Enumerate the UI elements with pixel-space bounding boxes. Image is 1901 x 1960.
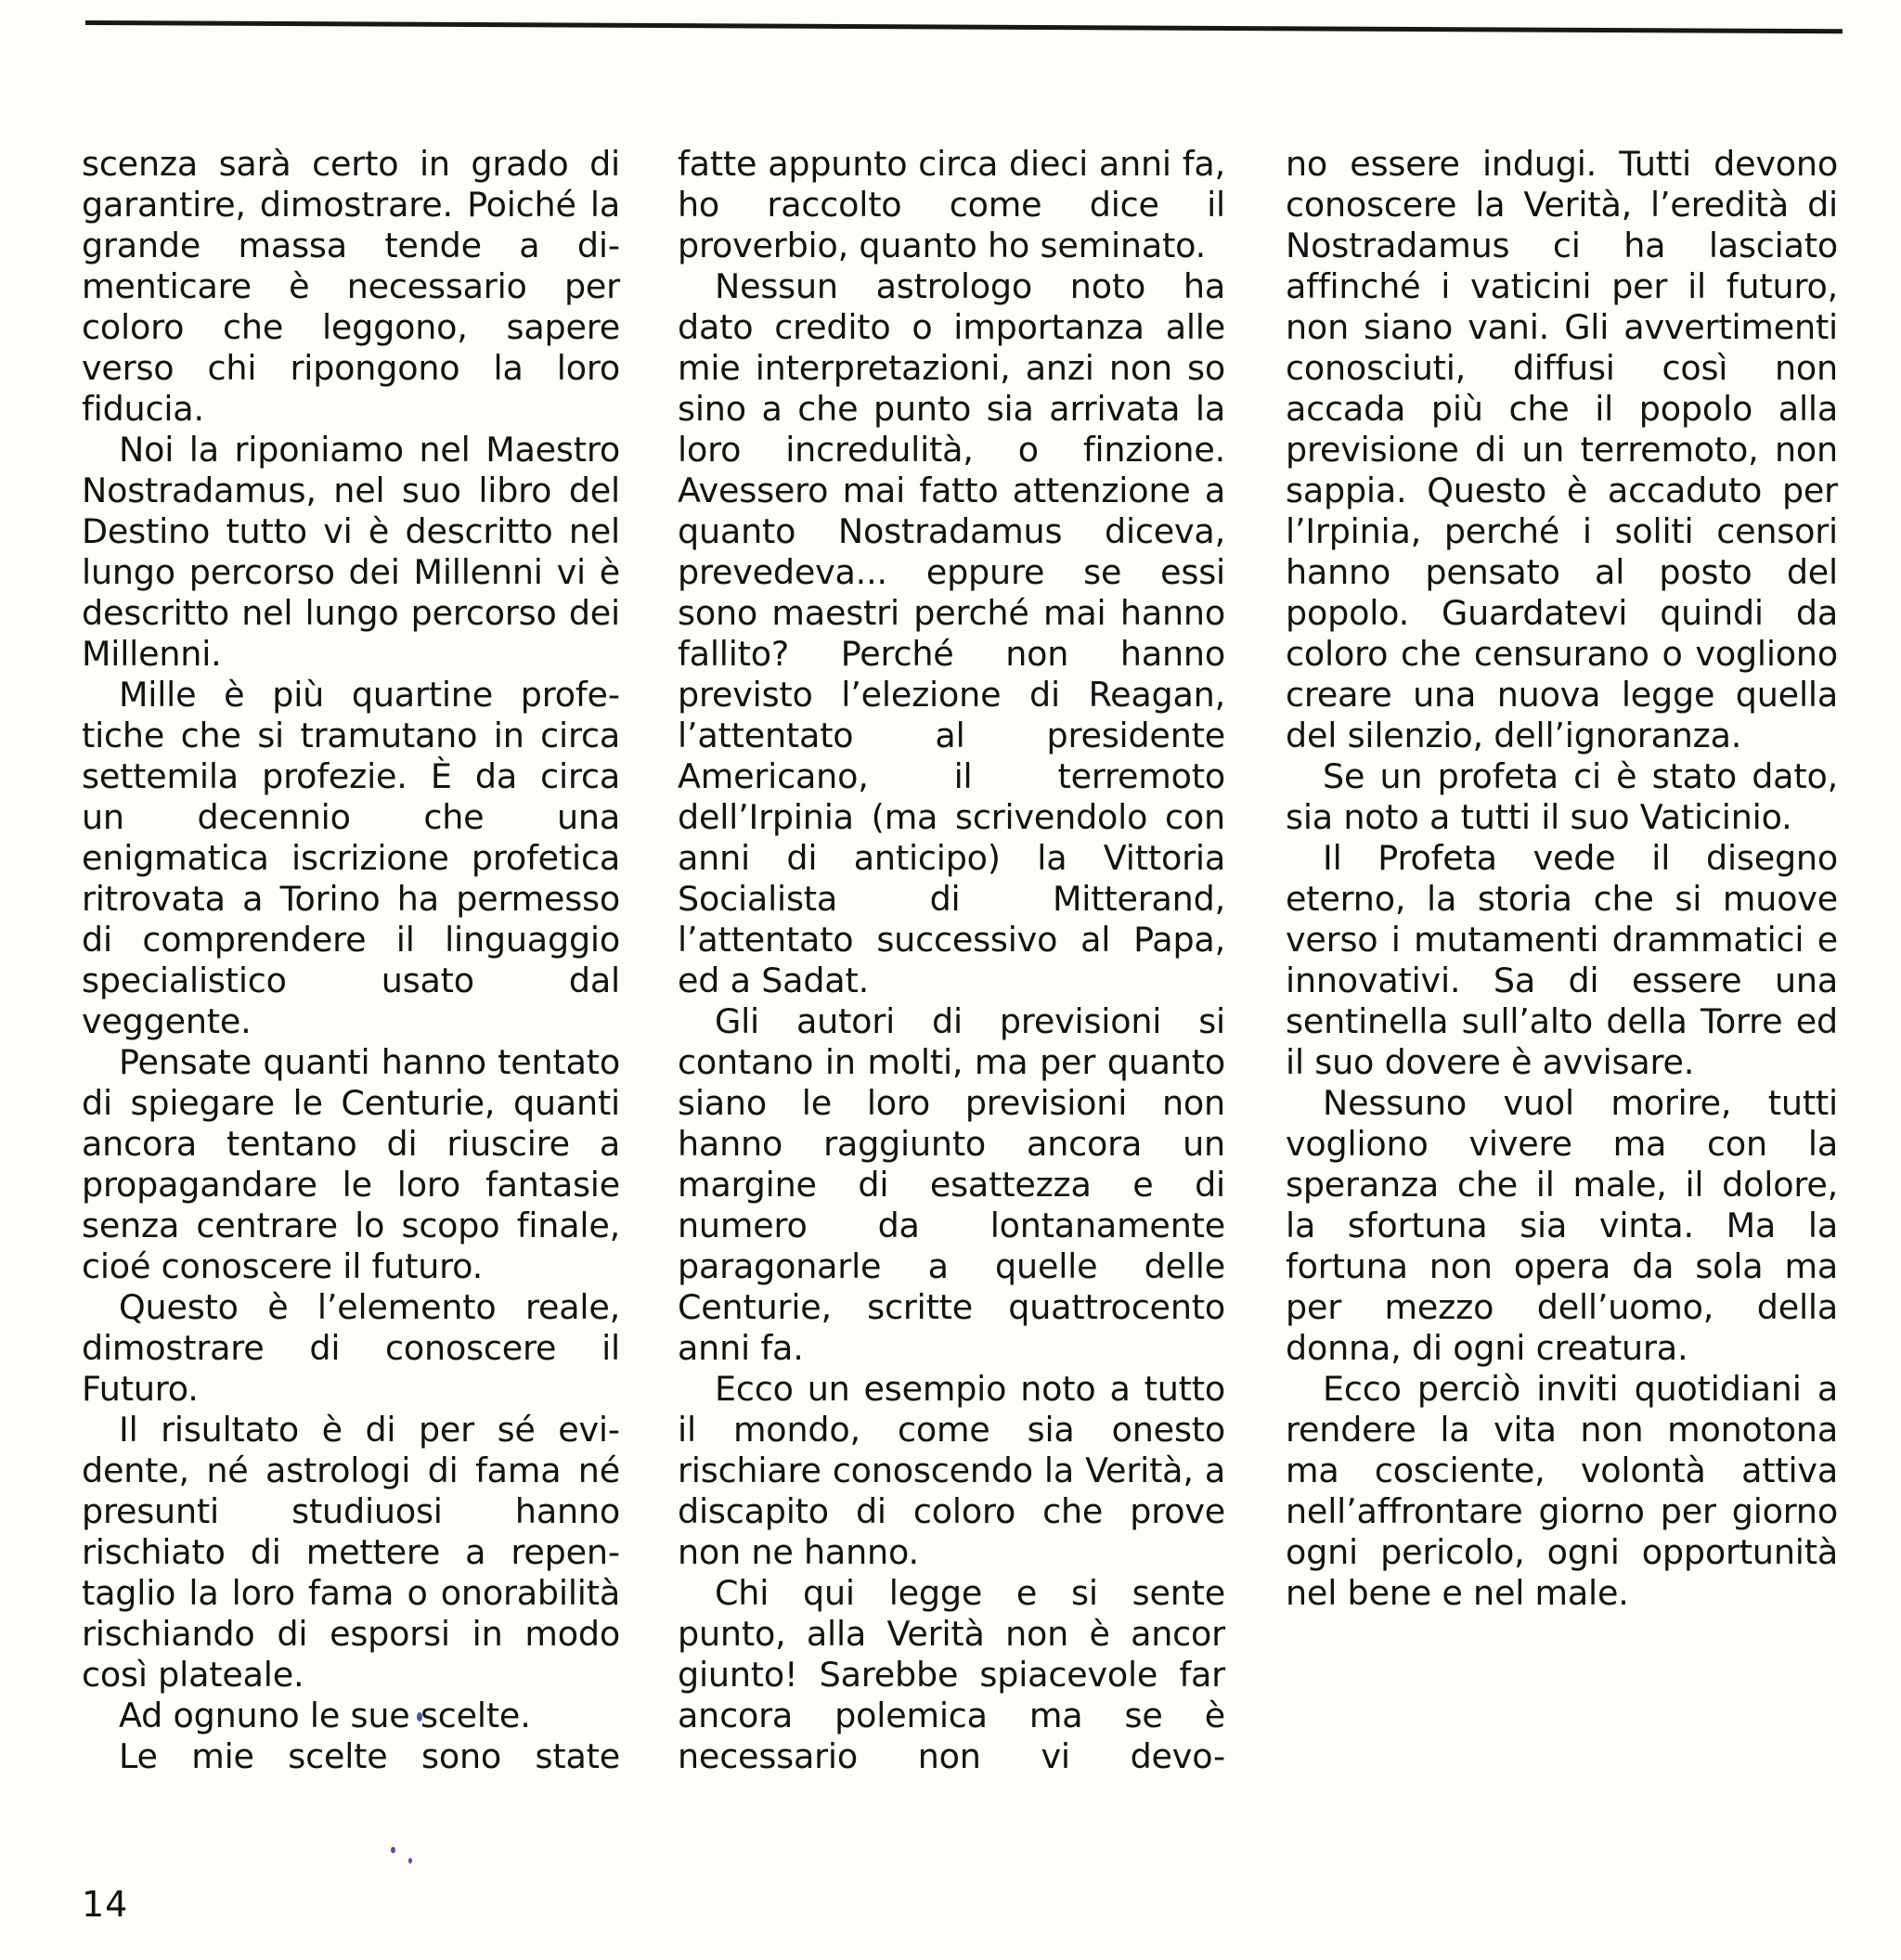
- paragraph: Il risultato è di per sé evi­dente, né a…: [82, 1410, 620, 1696]
- page-number: 14: [82, 1884, 128, 1925]
- paragraph: Mille è più quartine profe­tiche che si …: [82, 675, 620, 1042]
- top-rule: [85, 20, 1843, 33]
- paragraph: Chi qui legge e si sente punto, alla Ver…: [678, 1573, 1225, 1777]
- paragraph: scenza sarà certo in grado di garantire,…: [82, 144, 620, 430]
- column-3: no essere indugi. Tutti devo­no conoscer…: [1286, 144, 1838, 1614]
- paragraph: Ad ognuno le sue scelte.: [82, 1696, 620, 1736]
- ink-blemish: [391, 1847, 395, 1853]
- paragraph: Ecco perciò inviti quotidia­ni a rendere…: [1286, 1369, 1838, 1614]
- paragraph: fatte appunto circa dieci anni fa, ho ra…: [678, 144, 1225, 266]
- paragraph: Il Profeta vede il disegno eterno, la st…: [1286, 838, 1838, 1083]
- paragraph: Le mie scelte sono state: [82, 1736, 620, 1777]
- paragraph: Pensate quanti hanno ten­tato di spiegar…: [82, 1042, 620, 1287]
- column-1: scenza sarà certo in grado di garantire,…: [82, 144, 620, 1777]
- paragraph: no essere indugi. Tutti devo­no conoscer…: [1286, 144, 1838, 756]
- paragraph: Nessun astrologo noto ha dato credito o …: [678, 266, 1225, 1001]
- paragraph: Questo è l’elemento reale, dimostrare di…: [82, 1287, 620, 1410]
- paragraph: Se un profeta ci è stato da­to, sia noto…: [1286, 756, 1838, 838]
- column-2: fatte appunto circa dieci anni fa, ho ra…: [678, 144, 1225, 1777]
- paragraph: Gli autori di previsioni si contano in m…: [678, 1001, 1225, 1369]
- ink-blemish: [417, 1712, 422, 1721]
- paragraph: Noi la riponiamo nel Mae­stro Nostradamu…: [82, 430, 620, 675]
- ink-blemish: [408, 1858, 412, 1863]
- paragraph: Nessuno vuol morire, tutti vogliono vive…: [1286, 1083, 1838, 1369]
- paragraph: Ecco un esempio noto a tutto il mondo, c…: [678, 1369, 1225, 1573]
